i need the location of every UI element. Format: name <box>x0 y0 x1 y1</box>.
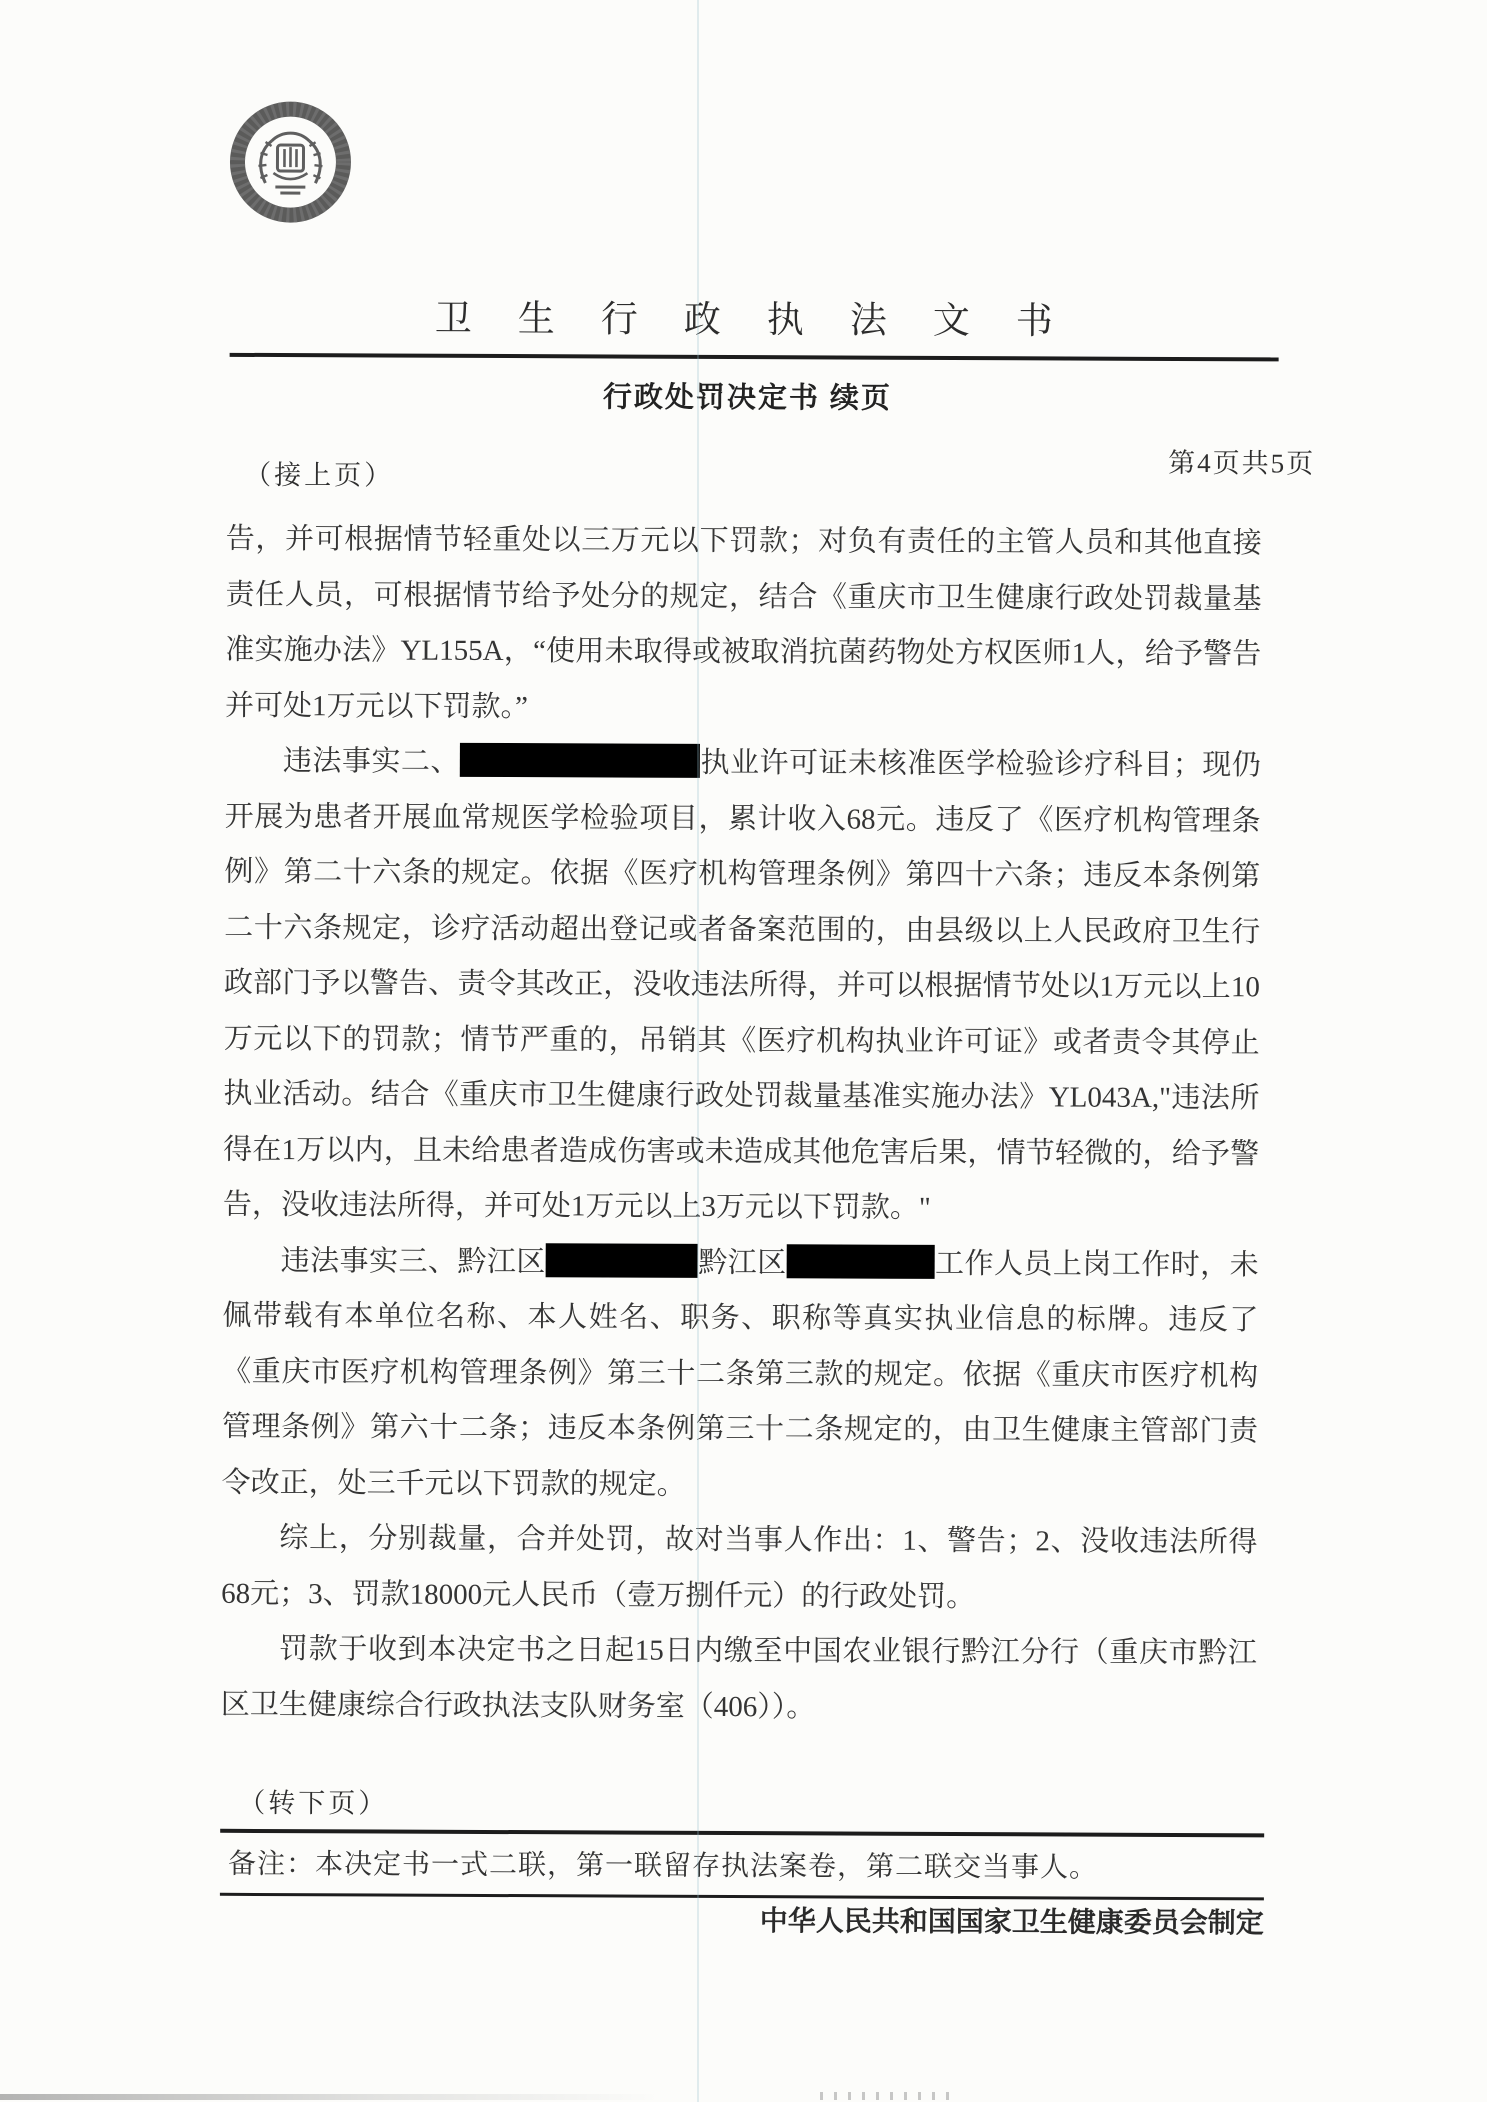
paragraph-text: 综上，分别裁量，合并处罚，故对当事人作出：1、警告；2、没收违法所得68元；3、… <box>221 1522 1257 1613</box>
scanned-document-page: 卫生行政执法文书 行政处罚决定书 续页 第4页共5页 （接上页） 告，并可根据情… <box>0 0 1487 2102</box>
paragraph-text: 黔江区 <box>698 1246 787 1278</box>
continued-from-label: （接上页） <box>244 453 394 493</box>
body-paragraph: 综上，分别裁量，合并处罚，故对当事人作出：1、警告；2、没收违法所得68元；3、… <box>221 1511 1257 1627</box>
paragraph-text: 告，并可根据情节轻重处以三万元以下罚款；对负有责任的主管人员和其他直接责任人员，… <box>225 523 1262 723</box>
redaction-bar <box>460 743 700 778</box>
paragraph-text: 违法事实二、 <box>283 745 460 778</box>
paragraph-text: 违法事实三、黔江区 <box>281 1245 546 1278</box>
body-paragraph: 违法事实二、执业许可证未核准医学检验诊疗科目；现仍开展为患者开展血常规医学检验项… <box>223 734 1261 1238</box>
body-paragraph: 罚款于收到本决定书之日起15日内缴至中国农业银行黔江分行（重庆市黔江区卫生健康综… <box>221 1622 1257 1738</box>
paragraph-text: 执业许可证未核准医学检验诊疗科目；现仍开展为患者开展血常规医学检验项目，累计收入… <box>223 747 1261 1224</box>
body-paragraph: 违法事实三、黔江区黔江区工作人员上岗工作时，未佩带载有本单位名称、本人姓名、职务… <box>222 1233 1259 1515</box>
scan-edge-artifact <box>0 2094 660 2100</box>
page-number-indicator: 第4页共5页 <box>1168 441 1315 481</box>
body-paragraphs: 告，并可根据情节轻重处以三万元以下罚款；对负有责任的主管人员和其他直接责任人员，… <box>221 512 1262 1738</box>
health-commission-seal-icon <box>229 101 352 224</box>
paragraph-text: 罚款于收到本决定书之日起15日内缴至中国农业银行黔江分行（重庆市黔江区卫生健康综… <box>221 1633 1257 1723</box>
scan-crease-artifact <box>697 0 699 2102</box>
continue-to-next-page-label: （转下页） <box>238 1781 388 1821</box>
body-paragraph: 告，并可根据情节轻重处以三万元以下罚款；对负有责任的主管人员和其他直接责任人员，… <box>225 512 1262 739</box>
header-rule <box>230 353 1279 362</box>
redaction-bar <box>787 1244 935 1279</box>
remark-section: 备注：本决定书一式二联，第一联留存执法案卷，第二联交当事人。 <box>220 1829 1264 1901</box>
document-type-title: 卫生行政执法文书 <box>435 288 1099 345</box>
scan-edge-marks <box>820 2092 960 2100</box>
paragraph-text: 工作人员上岗工作时，未佩带载有本单位名称、本人姓名、职务、职称等真实执业信息的标… <box>222 1247 1259 1500</box>
remark-text: 备注：本决定书一式二联，第一联留存执法案卷，第二联交当事人。 <box>220 1833 1264 1898</box>
issuer-footer: 中华人民共和国国家卫生健康委员会制定 <box>220 1897 1264 1942</box>
page-title: 行政处罚决定书 续页 <box>226 373 1268 419</box>
redaction-bar <box>546 1243 698 1278</box>
